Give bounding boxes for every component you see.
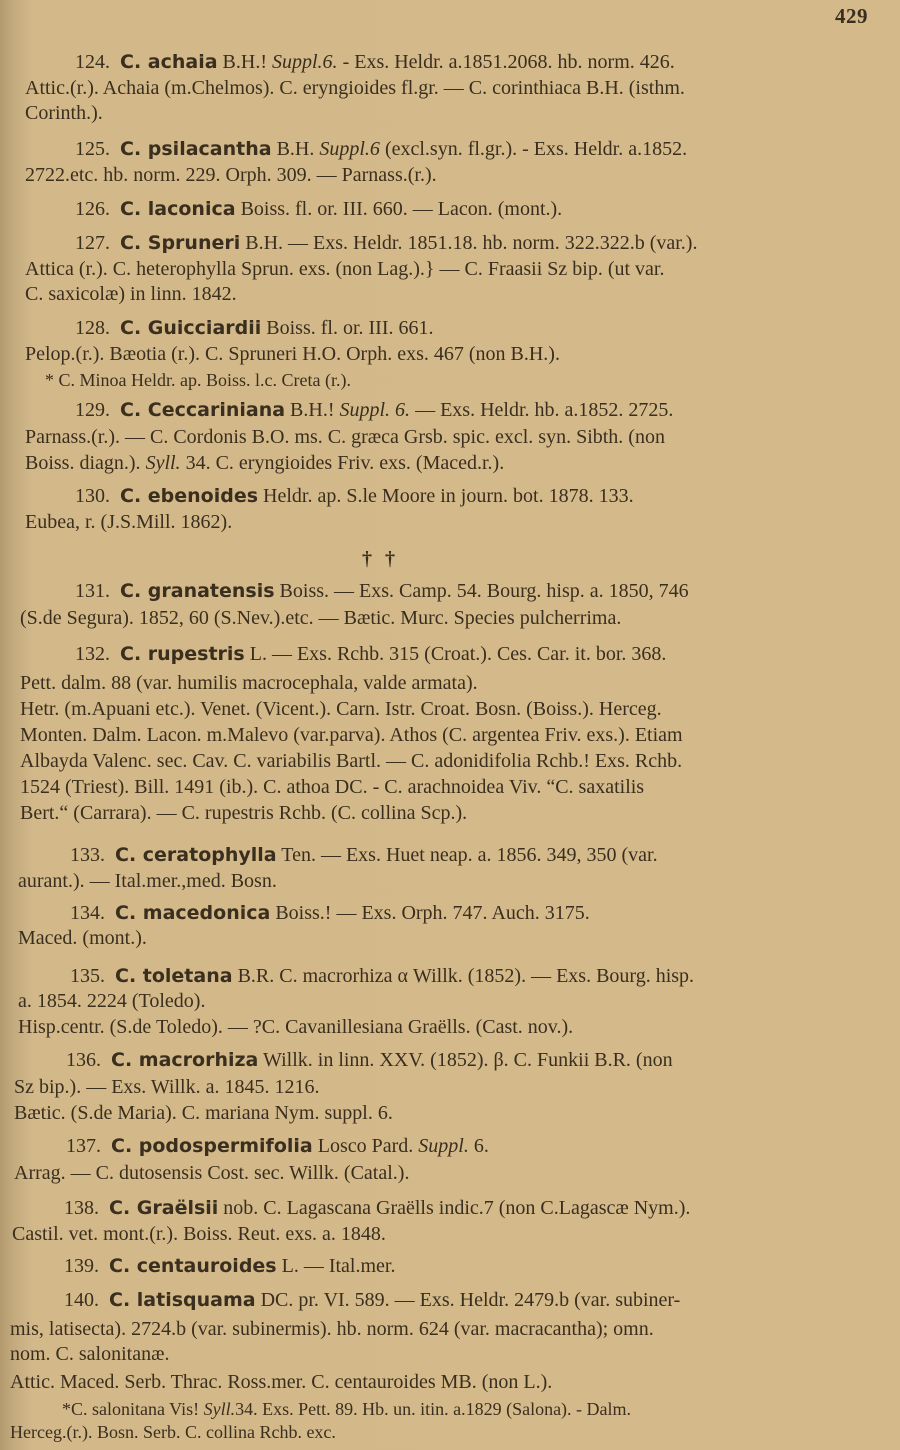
entry-124-line-1: 124. C. achaia B.H.! Suppl.6. - Exs. Hel… [75, 50, 675, 74]
entry-136-line-1: 136. C. macrorhiza Willk. in linn. XXV. … [66, 1048, 673, 1072]
entry-135-line-2: a. 1854. 2224 (Toledo). [18, 989, 205, 1013]
species-name: C. Guicciardii [120, 317, 261, 339]
entry-135-line-3: Hisp.centr. (S.de Toledo). — ?C. Cavanil… [18, 1015, 573, 1039]
entry-128-line-2: Pelop.(r.). Bæotia (r.). C. Spruneri H.O… [25, 342, 560, 366]
entry-126-line-1: 126. C. laconica Boiss. fl. or. III. 660… [75, 197, 562, 221]
entry-129-line-2: Parnass.(r.). — C. Cordonis B.O. ms. C. … [25, 425, 665, 449]
entry-140-line-1: 140. C. latisquama DC. pr. VI. 589. — Ex… [64, 1288, 680, 1312]
entry-140-line-2: mis, latisecta). 2724.b (var. subinermis… [10, 1317, 654, 1341]
entry-140-subspecies: *C. salonitana Vis! Syll.34. Exs. Pett. … [62, 1397, 631, 1421]
entry-140-line-4: Attic. Maced. Serb. Thrac. Ross.mer. C. … [10, 1370, 552, 1394]
entry-130-line-1: 130. C. ebenoides Heldr. ap. S.le Moore … [75, 484, 634, 508]
entry-132-line-7: Bert.“ (Carrara). — C. rupestris Rchb. (… [20, 801, 467, 825]
entry-129-line-1: 129. C. Ceccariniana B.H.! Suppl. 6. — E… [75, 398, 673, 422]
species-name: C. achaia [120, 51, 218, 73]
entry-129-line-3: Boiss. diagn.). Syll. 34. C. eryngioides… [25, 451, 504, 475]
entry-133-line-1: 133. C. ceratophylla Ten. — Exs. Huet ne… [70, 843, 658, 867]
page-number: 429 [835, 4, 868, 29]
entry-140-line-6: Herceg.(r.). Bosn. Serb. C. collina Rchb… [10, 1420, 336, 1444]
species-name: C. psilacantha [120, 138, 272, 160]
entry-124-line-3: Corinth.). [25, 101, 103, 125]
species-name: C. podospermifolia [111, 1135, 313, 1157]
entry-135-line-1: 135. C. toletana B.R. C. macrorhiza α Wi… [70, 964, 694, 988]
species-name: C. Spruneri [120, 232, 240, 254]
species-name: C. rupestris [120, 643, 245, 665]
species-name: C. granatensis [120, 580, 275, 602]
entry-138-line-1: 138. C. Graëlsii nob. C. Lagascana Graël… [64, 1196, 690, 1220]
entry-131-line-2: (S.de Segura). 1852, 60 (S.Nev.).etc. — … [20, 606, 621, 630]
entry-132-line-6: 1524 (Triest). Bill. 1491 (ib.). C. atho… [20, 775, 644, 799]
species-name: C. laconica [120, 198, 236, 220]
species-name: C. ceratophylla [115, 844, 277, 866]
entry-128-subspecies: * C. Minoa Heldr. ap. Boiss. l.c. Creta … [45, 368, 351, 392]
species-name: C. macrorhiza [111, 1049, 258, 1071]
entry-134-line-1: 134. C. macedonica Boiss.! — Exs. Orph. … [70, 901, 590, 925]
entry-136-line-2: Sz bip.). — Exs. Willk. a. 1845. 1216. [14, 1075, 319, 1099]
entry-134-line-2: Maced. (mont.). [18, 926, 147, 950]
entry-133-line-2: aurant.). — Ital.mer.,med. Bosn. [18, 869, 277, 893]
entry-127-line-1: 127. C. Spruneri B.H. — Exs. Heldr. 1851… [75, 231, 697, 255]
species-name: C. toletana [115, 965, 233, 987]
entry-132-line-1: 132. C. rupestris L. — Exs. Rchb. 315 (C… [75, 642, 666, 666]
entry-137-line-2: Arrag. — C. dutosensis Cost. sec. Willk.… [14, 1161, 409, 1185]
species-name: C. centauroides [109, 1255, 277, 1277]
entry-124-line-2: Attic.(r.). Achaia (m.Chelmos). C. eryng… [25, 76, 685, 100]
book-page: 429 124. C. achaia B.H.! Suppl.6. - Exs.… [0, 0, 900, 1450]
entry-140-line-3: nom. C. salonitanæ. [10, 1342, 169, 1366]
species-name: C. latisquama [109, 1289, 256, 1311]
entry-127-line-2: Attica (r.). C. heterophylla Sprun. exs.… [25, 257, 664, 281]
entry-131-line-1: 131. C. granatensis Boiss. — Exs. Camp. … [75, 579, 689, 603]
entry-136-line-3: Bætic. (S.de Maria). C. mariana Nym. sup… [14, 1101, 393, 1125]
entry-130-line-2: Eubea, r. (J.S.Mill. 1862). [25, 510, 232, 534]
species-name: C. Ceccariniana [120, 399, 285, 421]
entry-137-line-1: 137. C. podospermifolia Losco Pard. Supp… [66, 1134, 489, 1158]
entry-125-line-2: 2722.etc. hb. norm. 229. Orph. 309. — Pa… [25, 163, 437, 187]
species-name: C. Graëlsii [109, 1197, 218, 1219]
entry-138-line-2: Castil. vet. mont.(r.). Boiss. Reut. exs… [12, 1222, 386, 1246]
entry-132-line-2: Pett. dalm. 88 (var. humilis macrocephal… [20, 671, 478, 695]
species-name: C. ebenoides [120, 485, 258, 507]
section-separator-daggers: † † [362, 548, 399, 571]
entry-132-line-3: Hetr. (m.Apuani etc.). Venet. (Vicent.).… [20, 697, 662, 721]
entry-125-line-1: 125. C. psilacantha B.H. Suppl.6 (excl.s… [75, 137, 687, 161]
entry-128-line-1: 128. C. Guicciardii Boiss. fl. or. III. … [75, 316, 434, 340]
entry-132-line-5: Albayda Valenc. sec. Cav. C. variabilis … [20, 749, 682, 773]
species-name: C. macedonica [115, 902, 270, 924]
entry-132-line-4: Monten. Dalm. Lacon. m.Malevo (var.parva… [20, 723, 683, 747]
entry-127-line-3: C. saxicolæ) in linn. 1842. [25, 282, 237, 306]
entry-139-line-1: 139. C. centauroides L. — Ital.mer. [64, 1254, 395, 1278]
